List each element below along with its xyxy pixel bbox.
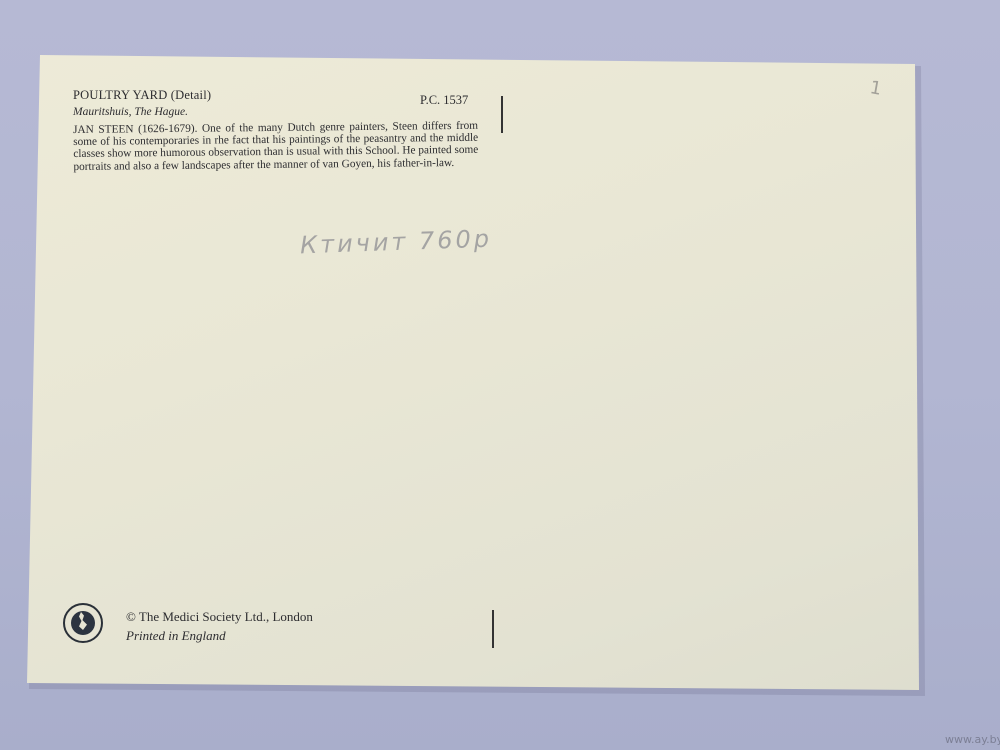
artwork-location: Mauritshuis, The Hague. (73, 106, 188, 118)
site-watermark: www.ay.by (945, 733, 1000, 746)
divider-line-top (501, 96, 503, 133)
divider-line-bottom (492, 610, 494, 648)
medici-society-seal-icon (63, 603, 103, 643)
publisher-credit: © The Medici Society Ltd., London (126, 609, 313, 625)
artwork-title: POULTRY YARD (Detail) (73, 88, 211, 103)
catalogue-number: P.C. 1537 (420, 93, 468, 108)
printed-in: Printed in England (126, 628, 226, 644)
artist-description: JAN STEEN (1626-1679). One of the many D… (73, 120, 478, 173)
